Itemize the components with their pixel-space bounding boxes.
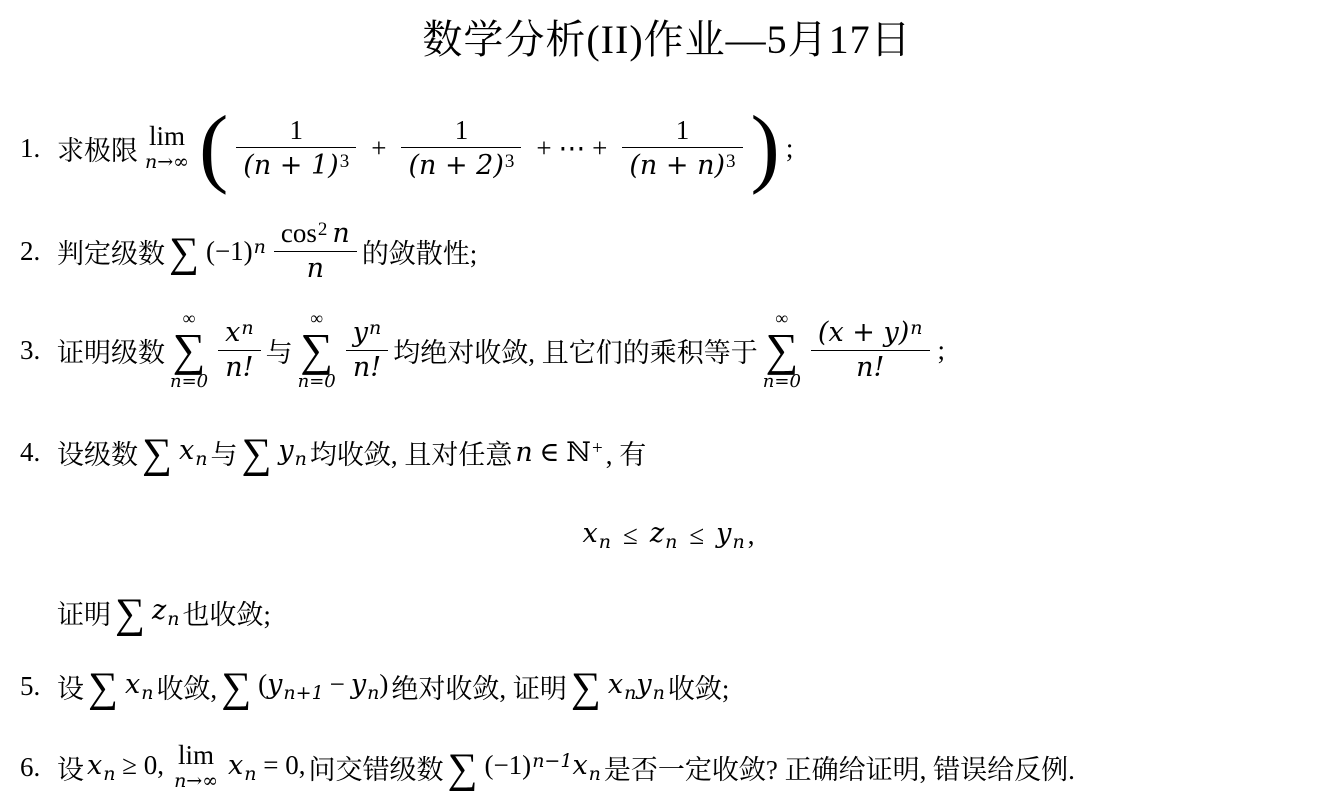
variable: y [278,435,293,466]
variable: x [228,750,243,781]
problem-5: 5. 设 ∑ xn 收敛, ∑ (yn+1−yn) 绝对收敛, 证明 ∑ xny… [20,656,729,716]
sign-base: (−1) [484,750,531,780]
alternating-term: (−1)n−1xn [484,750,600,785]
variable: y [716,518,731,549]
limit-operator: lim n→∞ [145,123,189,173]
subscript: n [295,448,307,470]
variable: n [515,437,532,468]
cos-exponent: 2 [318,219,328,240]
lim-word: lim [149,123,185,150]
cos-function: cos [281,218,317,248]
cos-fraction-numerator: cos2n [274,217,357,251]
y-sub-n: yn [278,435,307,470]
numerator-exponent: n [910,317,922,339]
numerator: xn [218,316,260,350]
cos-fraction-denominator: n [300,252,331,285]
problem-1: 1. 求极限 lim n→∞ ( 1 (n + 1)3 + 1 (n + 2)3… [20,100,793,196]
fraction-1-numerator: 1 [283,114,311,147]
sum-with-limits-icon: ∞ ∑ n=0 [763,309,801,391]
limit-operator: lim n→∞ [174,742,218,792]
sum-icon: ∑ [221,672,251,706]
z-sub-n: zn [152,595,179,630]
sum-icon: ∑ [169,237,199,271]
problem-1-lead-text: 求极限 [57,129,138,168]
continuation-lead-text: 证明 [57,593,111,632]
subscript: n+1 [283,682,323,704]
variable: x [583,518,598,549]
problem-3-mid-text-1: 与 [266,331,293,370]
problem-6-tail-text: 是否一定收敛? 正确给证明, 错误给反例. [604,748,1075,787]
problem-5-mid-text-1: 收敛, [156,667,217,706]
denominator: n! [849,351,891,384]
problem-4-mid-text-1: 与 [210,433,237,472]
subscript: n [244,763,256,785]
fraction-1: 1 (n + 1)3 [236,114,356,182]
x-nonnegative-condition: xn ≥ 0, [87,750,164,785]
equals-zero: = 0, [257,750,306,780]
problem-5-lead-text: 设 [57,667,84,706]
subscript: n [732,531,744,553]
lim-subscript: n→∞ [174,772,218,792]
y-power-fraction: yn n! [346,316,389,384]
sum-lower-limit: n=0 [763,373,801,391]
fraction-3-numerator: 1 [669,114,697,147]
problem-6-lead-text: 设 [57,748,84,787]
element-of-set: ∈ ℕ [533,437,591,467]
problem-2-number: 2. [20,236,57,267]
x-sub-n: xn [179,435,207,470]
sign-base: (−1) [206,236,253,266]
subscript: n [167,608,179,630]
x-sub-n: xn [583,518,611,553]
variable: x [608,669,623,700]
problem-5-number: 5. [20,671,57,702]
problem-4: 4. 设级数 ∑ xn 与 ∑ yn 均收敛, 且对任意 n ∈ ℕ+ , 有 [20,426,646,478]
denominator-exponent: 3 [505,151,515,172]
sign-exponent: n−1 [532,750,572,772]
problem-4-mid-text-2: 均收敛, 且对任意 [310,433,513,472]
problem-6: 6. 设 xn ≥ 0, lim n→∞ xn = 0, 问交错级数 ∑ (−1… [20,728,1075,806]
xy-power-fraction: (x + y)n n! [811,316,930,384]
sum-lower-limit: n=0 [170,373,208,391]
sum-icon: ∑ [142,438,172,472]
left-big-paren: ( [199,104,228,192]
y-difference-group: (yn+1−yn) [258,669,388,704]
leq-relation: ≤ [623,520,638,551]
problem-6-mid-text: 问交错级数 [309,748,444,787]
alternating-sign-term: (−1)n [206,236,266,267]
problem-5-mid-text-2: 绝对收敛, 证明 [391,667,567,706]
variable: x [125,669,140,700]
variable: y [636,669,651,700]
x-power-fraction: xn n! [218,316,260,384]
right-paren: ) [379,669,388,699]
sum-icon: ∑ [300,330,333,369]
fraction-2-denominator: (n + 2)3 [401,148,521,182]
x-y-product: xnyn [608,669,665,704]
problem-1-number: 1. [20,133,57,164]
cos-fraction: cos2n n [274,217,357,285]
page-title: 数学分析(II)作业—5月17日 [0,8,1334,65]
subscript: n [624,682,636,704]
variable: x [87,750,102,781]
problem-5-tail-text: 收敛; [668,667,730,706]
variable: z [152,595,166,626]
denominator: n! [346,351,388,384]
semicolon: ; [786,133,794,164]
fraction-2-numerator: 1 [448,114,476,147]
variable: y [267,669,282,700]
sum-icon: ∑ [241,438,271,472]
fraction-2: 1 (n + 2)3 [401,114,521,182]
variable: x [179,435,194,466]
y-sub-n: yn [716,518,745,553]
lim-subscript: n→∞ [145,153,189,173]
problem-3-number: 3. [20,335,57,366]
sum-with-limits-icon: ∞ ∑ n=0 [298,309,336,391]
minus-operator: − [330,669,345,699]
problem-2: 2. 判定级数 ∑ (−1)n cos2n n 的敛散性; [20,208,477,294]
left-paren: ( [258,669,267,699]
sum-icon: ∑ [115,598,145,632]
fraction-1-denominator: (n + 1)3 [236,148,356,182]
problem-4-mid-text-3: , 有 [606,433,647,472]
subscript: n [103,763,115,785]
geq-zero: ≥ 0, [115,750,164,780]
plus-superscript: + [592,438,603,459]
variable: y [351,669,366,700]
sign-exponent: n [254,236,266,258]
sum-icon: ∑ [765,330,798,369]
lim-word: lim [178,742,214,769]
right-big-paren: ) [751,104,780,192]
sum-icon: ∑ [571,672,601,706]
numerator: (x + y)n [811,316,930,350]
homework-document-page: 数学分析(II)作业—5月17日 1. 求极限 lim n→∞ ( 1 (n +… [0,0,1334,810]
subscript: n [195,448,207,470]
denominator: n! [218,351,260,384]
denominator-base: (n + n) [629,150,725,181]
subscript: n [589,763,601,785]
subscript: n [141,682,153,704]
n-in-naturals: n ∈ ℕ+ [515,437,602,468]
variable: z [650,518,664,549]
fraction-3: 1 (n + n)3 [622,114,742,182]
variable: x [572,750,587,781]
problem-4-number: 4. [20,437,57,468]
display-equation: xn ≤ zn ≤ yn , [0,512,1334,558]
x-limit-zero-condition: xn = 0, [228,750,305,785]
subscript: n [367,682,379,704]
sum-lower-limit: n=0 [298,373,336,391]
x-sub-n: xn [125,669,153,704]
denominator-base: (n + 1) [243,150,338,181]
problem-4-continuation: 证明 ∑ zn 也收敛; [57,582,271,642]
cdots-operator: + ⋯ + [536,133,607,164]
sum-icon: ∑ [448,753,478,787]
numerator-base: y [353,317,368,348]
denominator-exponent: 3 [726,151,736,172]
problem-6-number: 6. [20,752,57,783]
problem-3-lead-text: 证明级数 [57,331,165,370]
problem-2-tail-text: 的敛散性; [362,232,478,271]
z-sub-n: zn [650,518,677,553]
problem-3-mid-text-2: 均绝对收敛, 且它们的乘积等于 [393,331,758,370]
comma: , [748,520,755,551]
numerator: yn [346,316,389,350]
sum-icon: ∑ [173,330,206,369]
numerator-base: x [225,317,240,348]
plus-operator: + [371,133,386,164]
continuation-tail-text: 也收敛; [182,593,271,632]
denominator-exponent: 3 [340,151,350,172]
sum-icon: ∑ [88,672,118,706]
numerator-exponent: n [241,317,253,339]
numerator-exponent: n [369,317,381,339]
denominator-base: (n + 2) [408,150,503,181]
cos-argument: n [332,218,349,249]
numerator-base: (x + y) [818,317,909,348]
fraction-3-denominator: (n + n)3 [622,148,742,182]
subscript: n [599,531,611,553]
problem-3: 3. 证明级数 ∞ ∑ n=0 xn n! 与 ∞ ∑ n=0 yn n! 均绝… [20,300,945,400]
problem-4-lead-text: 设级数 [57,433,138,472]
semicolon: ; [938,335,946,366]
problem-2-lead-text: 判定级数 [57,232,165,271]
subscript: n [653,682,665,704]
leq-relation: ≤ [689,520,704,551]
sum-with-limits-icon: ∞ ∑ n=0 [170,309,208,391]
subscript: n [665,531,677,553]
